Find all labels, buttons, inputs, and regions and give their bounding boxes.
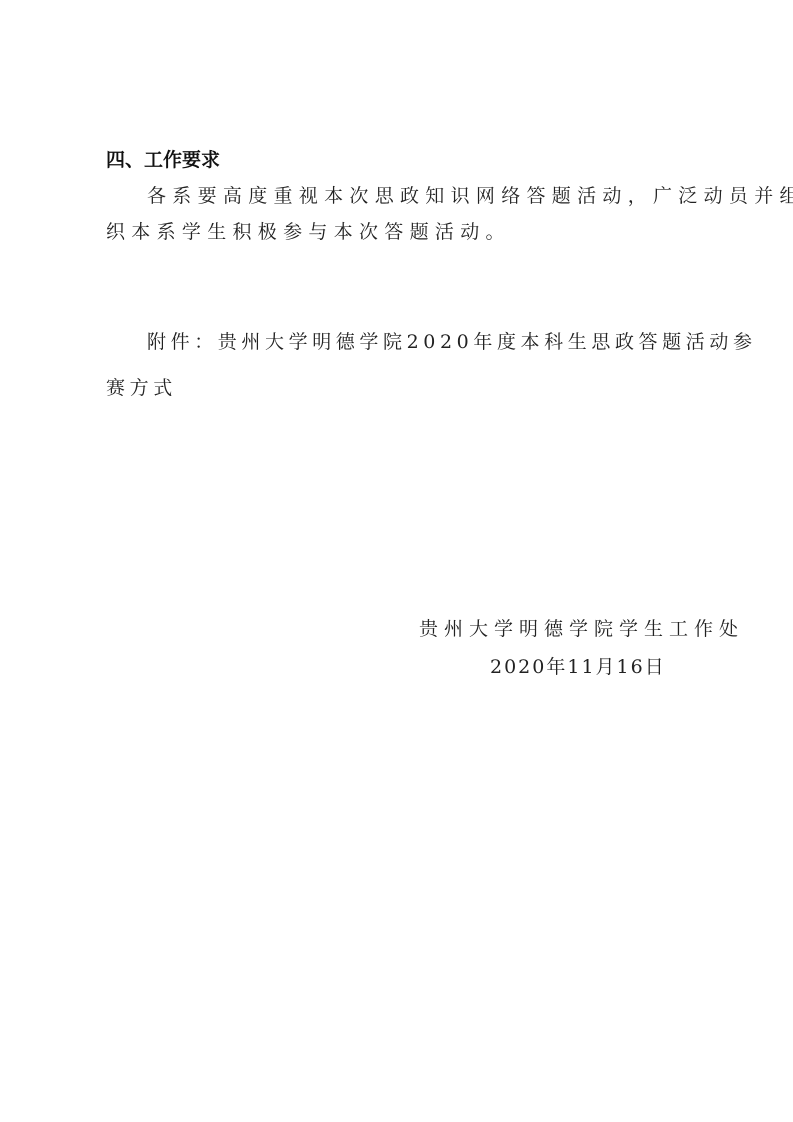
attachment-line-2: 赛方式 — [106, 376, 177, 400]
section-heading: 四、工作要求 — [106, 148, 220, 172]
signature-organization: 贵州大学明德学院学生工作处 — [419, 617, 744, 641]
attachment-line-1: 附件：贵州大学明德学院2020年度本科生思政答题活动参 — [147, 330, 757, 354]
paragraph-line-1: 各系要高度重视本次思政知识网络答题活动，广泛动员并组 — [147, 184, 793, 208]
paragraph-line-2: 织本系学生积极参与本次答题活动。 — [106, 220, 511, 244]
signature-date: 2020年11月16日 — [490, 655, 666, 679]
